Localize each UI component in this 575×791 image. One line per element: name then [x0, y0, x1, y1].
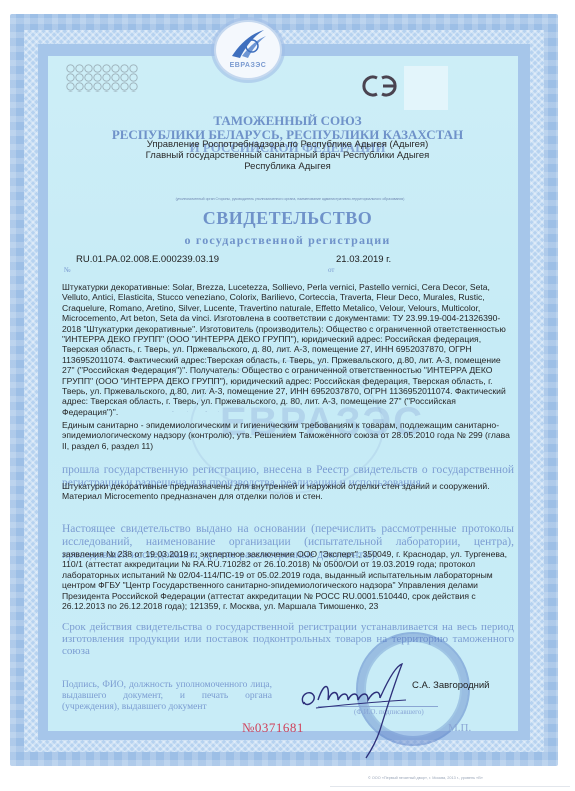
- bottom-rule: [330, 786, 570, 787]
- handwritten-signature-icon: [296, 660, 426, 765]
- stamp-label: М.П.: [448, 722, 471, 734]
- se-conformity-mark-icon: [361, 74, 401, 103]
- number-label: №: [64, 266, 71, 274]
- serial-number: №0371681: [242, 720, 304, 736]
- registration-date: 21.03.2019 г.: [336, 254, 391, 265]
- basis-documents: заявления № 238 от 19.03.2019 г.; экспер…: [62, 549, 512, 611]
- product-caption: (наименование продукции, изготовитель, п…: [64, 411, 514, 412]
- emblem-label: ЕВРАЗЭС: [216, 62, 280, 69]
- issuing-authority: Управление Роспотребнадзора по Республик…: [60, 139, 515, 172]
- document-title: СВИДЕТЕЛЬСТВО: [60, 208, 515, 229]
- guilloche-pattern-icon: [66, 64, 138, 92]
- eurasec-emblem-icon: ЕВРАЗЭС: [214, 20, 282, 80]
- issuer-caption: (уполномоченный орган Стороны, руководит…: [70, 197, 510, 201]
- registration-number: RU.01.РА.02.008.Е.000239.03.19: [76, 254, 219, 265]
- issuer-line: Республика Адыгея: [60, 161, 515, 172]
- requirements-text: Единым санитарно - эпидемиологическим и …: [62, 420, 512, 451]
- hologram-area: [404, 66, 448, 110]
- date-label: от: [328, 266, 334, 274]
- printer-note: © ООО «Первый печатный двор», г. Москва,…: [368, 776, 483, 780]
- product-description: Штукатурки декоративные: Solar, Brezza, …: [62, 282, 512, 417]
- document-subtitle: о государственной регистрации: [60, 233, 515, 248]
- issuer-line: Главный государственный санитарный врач …: [60, 150, 515, 161]
- signature-caption: Подпись, ФИО, должность уполномоченного …: [62, 680, 272, 713]
- issuer-line: Управление Роспотребнадзора по Республик…: [60, 139, 515, 150]
- product-purpose: Штукатурки декоративные предназначены дл…: [62, 481, 512, 502]
